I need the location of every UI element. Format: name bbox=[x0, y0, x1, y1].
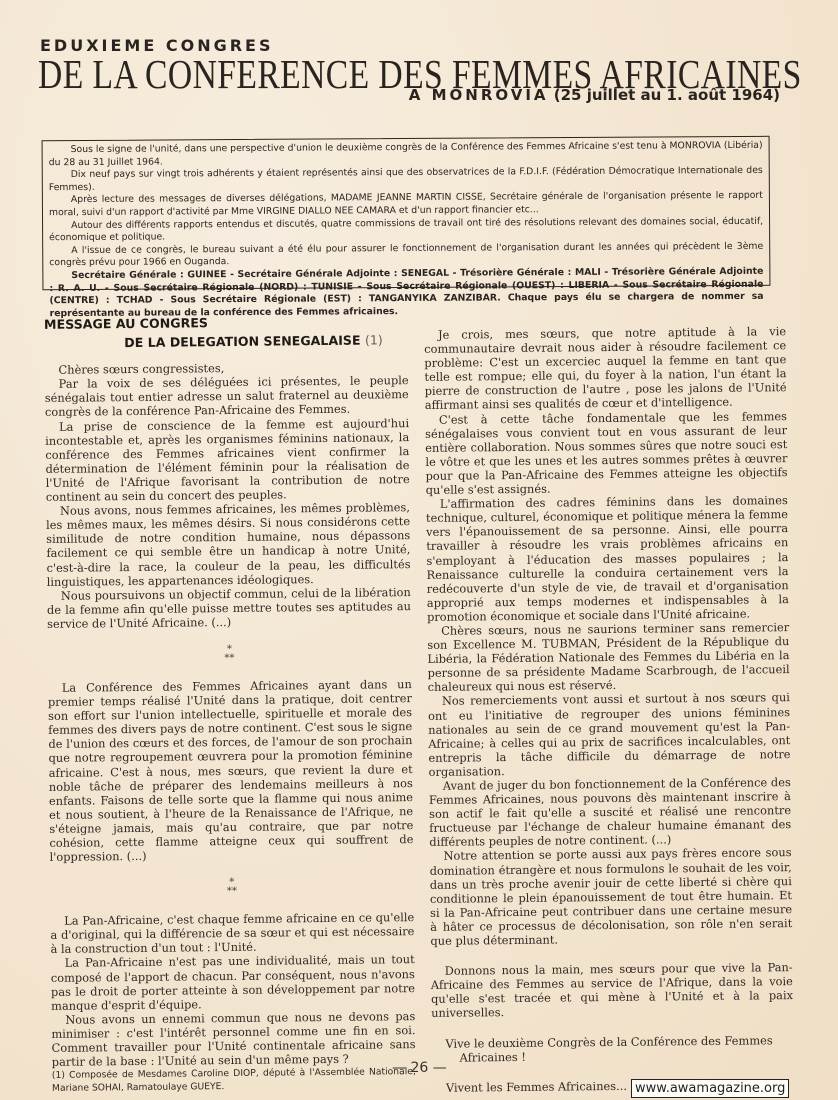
article-title-line2: DE LA DELEGATION SENEGALAISE (1) bbox=[124, 333, 408, 350]
body-paragraph: Nous avons un ennemi commun que nous ne … bbox=[51, 1009, 416, 1069]
body-paragraph: La Conférence des Femmes Africaines ayan… bbox=[48, 677, 414, 864]
summary-box: Sous le signe de l'unité, dans une persp… bbox=[42, 136, 771, 290]
footnote: (1) Composée de Mesdames Caroline DIOP, … bbox=[52, 1065, 416, 1095]
body-paragraph: La Pan-Africaine n'est pas une individua… bbox=[51, 953, 416, 1013]
article-left-column: MESSAGE AU CONGRES DE LA DELEGATION SENE… bbox=[44, 314, 416, 1095]
summary-paragraph-bureau: Secrétaire Générale : GUINEE - Secrétair… bbox=[49, 266, 763, 321]
body-paragraph: Par la voix de ses déléguées ici présent… bbox=[45, 373, 409, 419]
footnote-marker: (1) bbox=[365, 332, 383, 347]
header-subtitle: A MONROVIA (25 juillet au 1. août 1964) bbox=[409, 86, 780, 104]
section-break-asterisks: *** bbox=[47, 643, 411, 665]
body-paragraph: L'affirmation des cadres féminins dans l… bbox=[426, 493, 789, 624]
closing-paragraph: Donnons nous la main, mes sœurs pour que… bbox=[431, 960, 794, 1020]
article-title-text: DE LA DELEGATION SENEGALAISE bbox=[124, 333, 360, 350]
body-paragraph: Nos remerciements vont aussi et surtout … bbox=[428, 691, 791, 779]
website-watermark: www.awamagazine.org bbox=[631, 1079, 789, 1098]
body-paragraph: La Pan-Africaine, c'est chaque femme afr… bbox=[50, 910, 414, 956]
magazine-page: EDUXIEME CONGRES DE LA CONFERENCE DES FE… bbox=[0, 0, 838, 1100]
subtitle-place: A MONROVIA bbox=[409, 86, 549, 104]
article-title-line1: MESSAGE AU CONGRES bbox=[44, 314, 408, 332]
body-paragraph: Notre attention se porte aussi aux pays … bbox=[429, 846, 792, 948]
subtitle-dates: (25 juillet au 1. août 1964) bbox=[554, 86, 780, 104]
body-paragraph: Je crois, mes sœurs, que notre aptitude … bbox=[424, 324, 787, 412]
body-paragraph: Chères sœurs, nous ne saurions terminer … bbox=[427, 620, 790, 694]
body-paragraph: Avant de juger du bon fonctionnement de … bbox=[429, 775, 792, 849]
body-paragraph: Nous poursuivons un objectif commun, cel… bbox=[47, 585, 411, 631]
page-number: — 26 — bbox=[392, 1060, 447, 1076]
body-paragraph: Nous avons, nous femmes africaines, les … bbox=[46, 500, 411, 588]
section-break-asterisks: *** bbox=[50, 876, 414, 898]
article-right-column: Je crois, mes sœurs, que notre aptitude … bbox=[424, 324, 794, 1095]
body-paragraph: La prise de conscience de la femme est a… bbox=[45, 416, 410, 504]
body-paragraph: C'est à cette tâche fondamentale que les… bbox=[425, 409, 788, 497]
